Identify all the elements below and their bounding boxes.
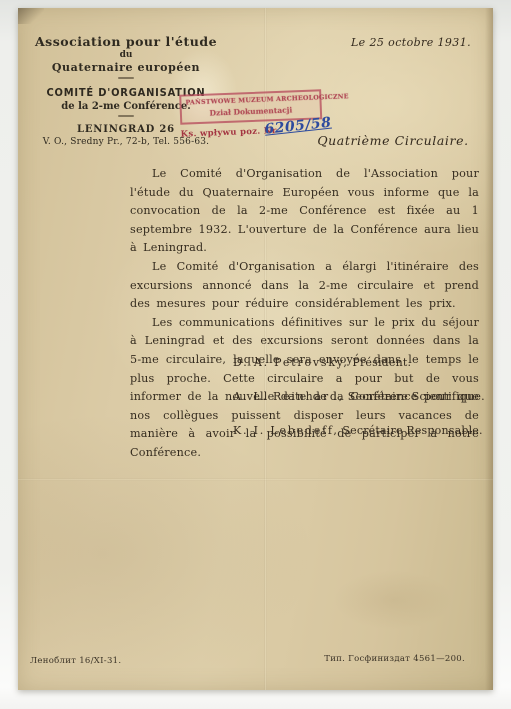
paper-stain [333,570,453,630]
letterhead-org-name-line3: Quaternaire européen [26,61,226,74]
signature-responsible-secretary: K. I. Lebedeff, Secrétaire Responsable. [233,424,485,437]
signer-name: K. I. Lebedeff, [233,424,339,437]
scan-background: Association pour l'étude du Quaternaire … [0,0,511,709]
signature-block: D. A. Petrovsky, Président. A. L. Reinha… [233,356,485,458]
signer-title: Secrétaire Responsable. [339,424,483,437]
signer-name: A. L. Reinhard, [233,390,344,403]
letter-paper: Association pour l'étude du Quaternaire … [18,8,493,690]
signer-name: D. A. Petrovsky, [233,356,349,369]
letterhead-org-name-line2: du [26,50,226,60]
paper-right-edge-shadow [485,8,493,690]
museum-stamp: PAŃSTWOWE MUZEUM ARCHEOLOGICZNE Dział Do… [179,89,323,139]
ornament-rule [118,77,134,79]
censor-imprint: Леноблит 16/XI-31. [30,656,121,666]
signer-title: Président. [349,356,412,369]
body-paragraph: Le Comité d'Organisation de l'Associatio… [130,165,479,258]
circular-title: Quatrième Circulaire. [308,133,478,148]
letterhead-org-name-line1: Association pour l'étude [26,34,226,49]
signer-title: Secrétaire Scientifique. [344,390,485,403]
body-paragraph: Le Comité d'Organisation a élargi l'itin… [130,258,479,314]
horizontal-fold-crease [18,478,493,481]
stamp-department-line: Dział Dokumentacji [186,105,316,119]
paper-corner-shadow [18,8,44,24]
signature-president: D. A. Petrovsky, Président. [233,356,485,369]
ornament-rule [118,115,134,117]
letter-date: Le 25 octobre 1931. [351,36,471,49]
print-house-imprint: Тип. Госфиниздат 4561—200. [324,654,465,664]
signature-scientific-secretary: A. L. Reinhard, Secrétaire Scientifique. [233,390,485,403]
